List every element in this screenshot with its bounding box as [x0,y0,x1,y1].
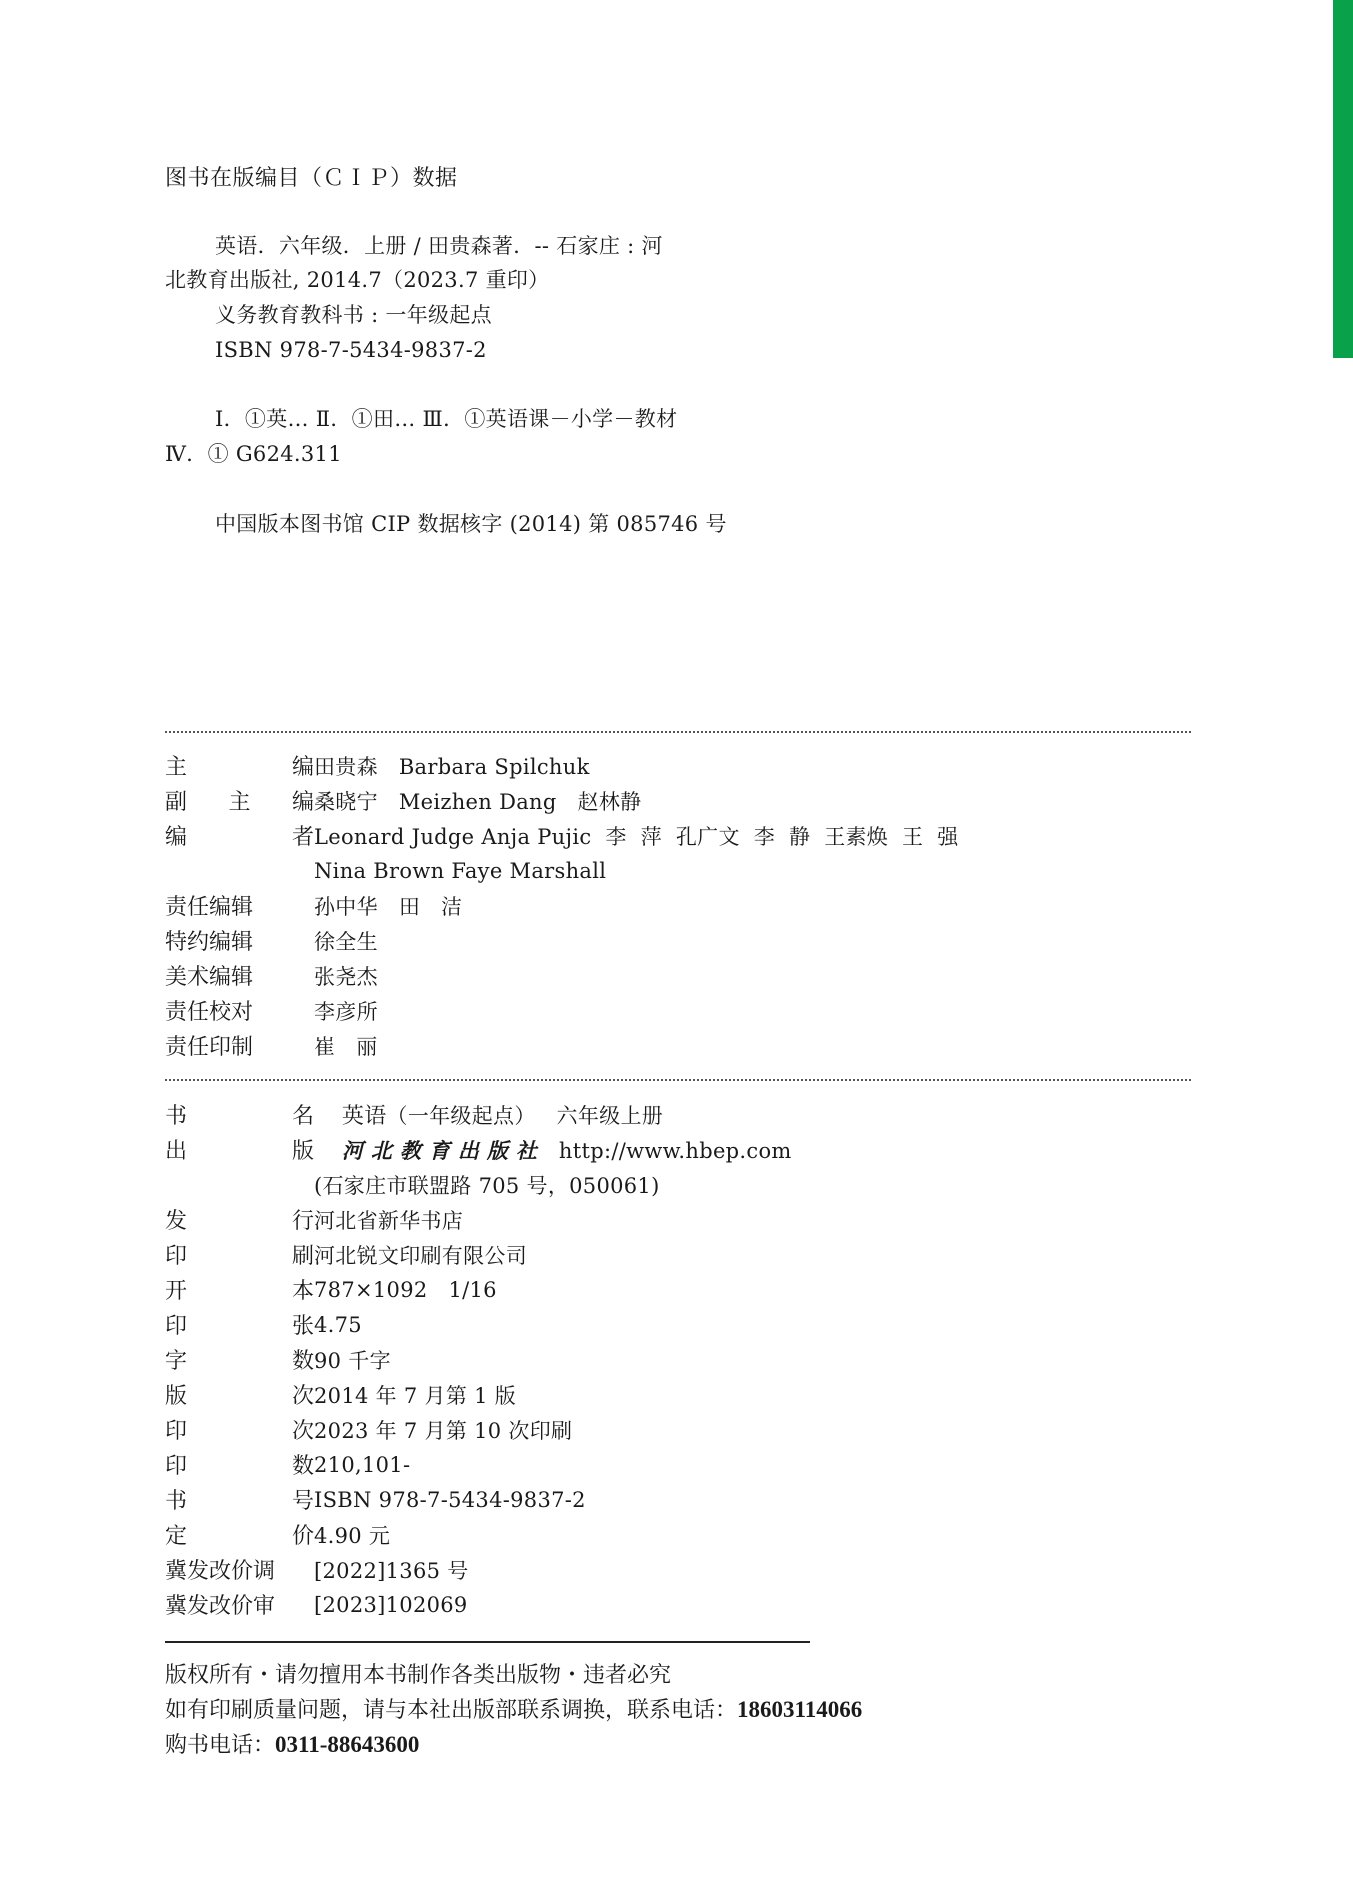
pub-row-format: 开本 787×1092 1/16 [165,1272,497,1307]
pub-value: ISBN 978-7-5434-9837-2 [314,1488,586,1512]
staff-label: 主编 [165,750,314,781]
pub-value: [2022]1365 号 [314,1555,469,1585]
cip-isbn: ISBN 978-7-5434-9837-2 [215,333,487,367]
cip-classification-1: Ⅰ．①英… Ⅱ．①田… Ⅲ．①英语课－小学－教材 [215,402,677,436]
pub-value: 河北省新华书店 [314,1205,463,1235]
pub-label: 书名 [165,1099,314,1130]
pub-row-printing: 印次 2023 年 7 月第 10 次印刷 [165,1412,572,1447]
staff-row-special-editor: 特约编辑 徐全生 [165,923,378,958]
pub-value: 4.90 元 [314,1520,390,1550]
staff-row-art-editor: 美术编辑 张尧杰 [165,958,378,993]
pub-label: 书号 [165,1484,314,1515]
pub-value: 2014 年 7 月第 1 版 [314,1380,516,1410]
cip-line-3: 义务教育教科书 : 一年级起点 [215,298,492,332]
green-edge-bar [1333,0,1353,358]
staff-label: 副主编 [165,785,314,816]
quality-phone: 18603114066 [737,1697,862,1722]
pub-label: 印次 [165,1414,314,1445]
pub-label: 冀发改价审 [165,1589,314,1620]
pub-value: 210,101- [314,1453,410,1477]
staff-value: 崔 丽 [314,1031,378,1061]
quality-text: 如有印刷质量问题，请与本社出版部联系调换，联系电话： [165,1698,737,1723]
dotted-divider-1 [165,731,1191,733]
pub-value: 787×1092 1/16 [314,1278,497,1302]
staff-row-print-manager: 责任印制 崔 丽 [165,1028,378,1063]
pub-value: 4.75 [314,1313,362,1337]
pub-row-print-run: 印数 210,101- [165,1447,410,1482]
staff-label: 责任印制 [165,1030,314,1061]
purchase-text: 购书电话： [165,1733,275,1758]
pub-row-isbn: 书号 ISBN 978-7-5434-9837-2 [165,1482,586,1517]
pub-label: 版次 [165,1379,314,1410]
staff-row-chief-editor: 主编 田贵森 Barbara Spilchuk [165,748,590,783]
cip-line-2: 北教育出版社, 2014.7（2023.7 重印） [165,263,549,297]
pub-label: 发行 [165,1204,314,1235]
pub-label: 印数 [165,1449,314,1480]
copyright-notice: 版权所有・请勿擅用本书制作各类出版物・违者必究 [165,1658,671,1689]
pub-row-price: 定价 4.90 元 [165,1517,390,1552]
pub-value: 河北锐文印刷有限公司 [314,1240,527,1270]
staff-value: 田贵森 Barbara Spilchuk [314,751,590,781]
staff-row-authors-cont: Nina Brown Faye Marshall [165,853,606,888]
pub-label: 印刷 [165,1239,314,1270]
purchase-notice: 购书电话：0311-88643600 [165,1728,419,1759]
staff-value: 张尧杰 [314,961,378,991]
pub-row-edition: 版次 2014 年 7 月第 1 版 [165,1377,516,1412]
staff-row-authors: 编者 Leonard Judge Anja Pujic 李 萍 孔广文 李 静 … [165,818,959,853]
staff-label: 特约编辑 [165,925,314,956]
quality-notice: 如有印刷质量问题，请与本社出版部联系调换，联系电话：18603114066 [165,1693,862,1724]
pub-label: 定价 [165,1519,314,1550]
pub-row-sheets: 印张 4.75 [165,1307,362,1342]
pub-label: 印张 [165,1309,314,1340]
staff-label: 责任校对 [165,995,314,1026]
staff-row-proofreader: 责任校对 李彦所 [165,993,378,1028]
pub-label: 字数 [165,1344,314,1375]
staff-row-responsible-editor: 责任编辑 孙中华 田 洁 [165,888,462,923]
staff-row-deputy-editor: 副主编 桑晓宁 Meizhen Dang 赵林静 [165,783,641,818]
cip-verification: 中国版本图书馆 CIP 数据核字 (2014) 第 085746 号 [215,507,727,541]
publisher-logo: 河北教育出版社 [342,1138,545,1163]
staff-value: 徐全生 [314,926,378,956]
staff-value: 李彦所 [314,996,378,1026]
staff-value: Leonard Judge Anja Pujic 李 萍 孔广文 李 静 王素焕… [314,821,959,851]
pub-label: 冀发改价调 [165,1554,314,1585]
pub-row-price-adjust: 冀发改价调 [2022]1365 号 [165,1552,469,1587]
staff-value: Nina Brown Faye Marshall [314,859,606,883]
staff-value: 孙中华 田 洁 [314,891,462,921]
purchase-phone: 0311-88643600 [275,1732,419,1757]
pub-row-distributor: 发行 河北省新华书店 [165,1202,463,1237]
pub-value: 2023 年 7 月第 10 次印刷 [314,1415,572,1445]
pub-label: 开本 [165,1274,314,1305]
cip-classification-2: Ⅳ．① G624.311 [165,437,342,471]
pub-row-price-review: 冀发改价审 [2023]102069 [165,1587,468,1622]
pub-row-word-count: 字数 90 千字 [165,1342,391,1377]
cip-title: 图书在版编目（ＣＩＰ）数据 [165,161,458,192]
solid-divider [165,1641,810,1643]
staff-value: 桑晓宁 Meizhen Dang 赵林静 [314,786,641,816]
staff-label: 责任编辑 [165,890,314,921]
pub-value: [2023]102069 [314,1593,468,1617]
publisher-url: http://www.hbep.com [559,1139,792,1163]
pub-label: 出版 [165,1134,314,1165]
staff-label: 美术编辑 [165,960,314,991]
pub-row-printer: 印刷 河北锐文印刷有限公司 [165,1237,527,1272]
pub-row-publisher: 出版 河北教育出版社http://www.hbep.com [165,1132,792,1167]
publisher-address: (石家庄市联盟路 705 号，050061) [314,1170,660,1200]
pub-row-address: (石家庄市联盟路 705 号，050061) [165,1167,660,1202]
pub-value: 90 千字 [314,1345,391,1375]
staff-label: 编者 [165,820,314,851]
cip-line-1: 英语．六年级．上册 / 田贵森著．-- 石家庄 : 河 [215,229,663,263]
